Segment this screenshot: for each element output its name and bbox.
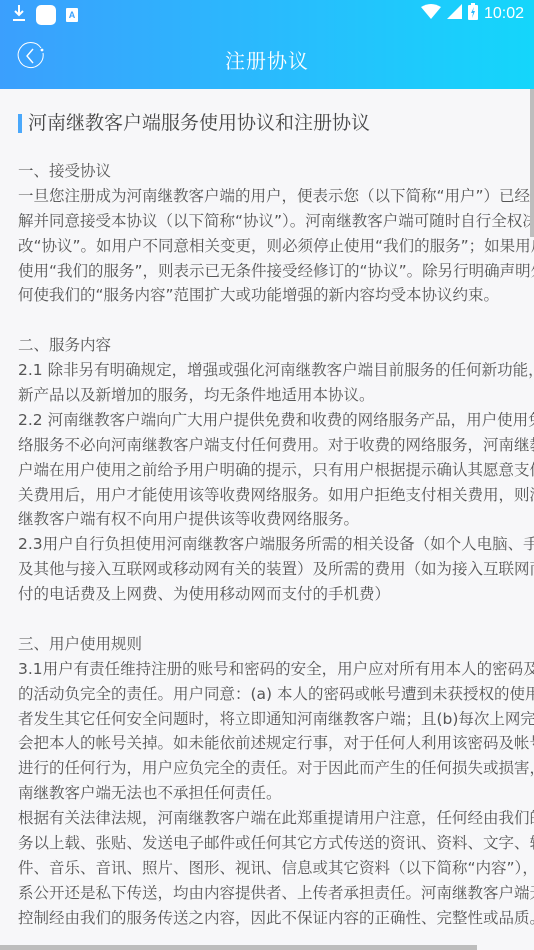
paragraph-line: 进行的任何行为，用户应负完全的责任。对于因此而产生的任何损失或损害，河 — [18, 756, 534, 781]
agreement-content[interactable]: 河南继教客户端服务使用协议和注册协议 一、接受协议 一旦您注册成为河南继教客户端… — [0, 89, 534, 950]
section-heading-service: 二、服务内容 — [18, 333, 534, 358]
paragraph-line: 者发生其它任何安全问题时，将立即通知河南继教客户端；且(b)每次上网完毕后 — [18, 707, 534, 732]
status-bar-left: A — [12, 4, 78, 26]
vertical-scrollbar[interactable] — [530, 89, 534, 237]
agreement-body: 一、接受协议 一旦您注册成为河南继教客户端的用户，便表示您（以下简称“用户”）已… — [18, 159, 534, 931]
paragraph-line: 改“协议”。如用户不同意相关变更，则必须停止使用“我们的服务”；如果用户继续 — [18, 234, 534, 259]
horizontal-scrollbar[interactable] — [0, 945, 477, 950]
status-bar: A 10:02 — [0, 0, 534, 28]
agreement-title: 河南继教客户端服务使用协议和注册协议 — [18, 111, 370, 135]
blank-line — [18, 607, 534, 632]
notification-square-icon — [36, 5, 56, 25]
clock: 10:02 — [484, 5, 524, 23]
paragraph-line: 系公开还是私下传送，均由内容提供者、上传者承担责任。河南继教客户端无法 — [18, 881, 534, 906]
app-header: A 10:02 注册协议 — [0, 0, 534, 89]
paragraph-line: 一旦您注册成为河南继教客户端的用户，便表示您（以下简称“用户”）已经完全了 — [18, 184, 534, 209]
paragraph-line: 解并同意接受本协议（以下简称“协议”）。河南继教客户端可随时自行全权决定修 — [18, 209, 534, 234]
paragraph-line: 何使我们的“服务内容”范围扩大或功能增强的新内容均受本协议约束。 — [18, 283, 534, 308]
paragraph-line: 及其他与接入互联网或移动网有关的装置）及所需的费用（如为接入互联网而支 — [18, 557, 534, 582]
paragraph-line: 南继教客户端无法也不承担任何责任。 — [18, 781, 534, 806]
paragraph-line: 络服务不必向河南继教客户端支付任何费用。对于收费的网络服务，河南继教客 — [18, 433, 534, 458]
app-a-icon: A — [66, 8, 78, 22]
paragraph-line: 的活动负完全的责任。用户同意：(a) 本人的密码或帐号遭到未获授权的使用，或 — [18, 682, 534, 707]
paragraph-line: 2.3用户自行负担使用河南继教客户端服务所需的相关设备（如个人电脑、手机以 — [18, 532, 534, 557]
paragraph-line: 新产品以及新增加的服务，均无条件地适用本协议。 — [18, 383, 534, 408]
paragraph-line: 2.1 除非另有明确规定，增强或强化河南继教客户端目前服务的任何新功能，包括 — [18, 358, 534, 383]
paragraph-line: 3.1用户有责任维持注册的账号和密码的安全，用户应对所有用本人的密码及帐号 — [18, 657, 534, 682]
paragraph-line: 2.2 河南继教客户端向广大用户提供免费和收费的网络服务产品，用户使用免费网 — [18, 408, 534, 433]
battery-charging-icon — [468, 3, 478, 25]
paragraph-line: 继教客户端有权不向用户提供该等收费网络服务。 — [18, 507, 534, 532]
section-heading-rules: 三、用户使用规则 — [18, 632, 534, 657]
paragraph-line: 件、音乐、音讯、照片、图形、视讯、信息或其它资料（以下简称“内容”），无论 — [18, 856, 534, 881]
paragraph-line: 关费用后，用户才能使用该等收费网络服务。如用户拒绝支付相关费用，则河南 — [18, 483, 534, 508]
paragraph-line: 使用“我们的服务”，则表示已无条件接受经修订的“协议”。除另行明确声明外，任 — [18, 259, 534, 284]
paragraph-line: 根据有关法律法规，河南继教客户端在此郑重提请用户注意，任何经由我们的服 — [18, 806, 534, 831]
paragraph-line: 户端在用户使用之前给予用户明确的提示，只有用户根据提示确认其愿意支付相 — [18, 458, 534, 483]
navigation-bar: 注册协议 — [0, 28, 534, 89]
blank-line — [18, 308, 534, 333]
paragraph-line: 会把本人的帐号关掉。如未能依前述规定行事，对于任何人利用该密码及帐号所 — [18, 731, 534, 756]
cell-signal-icon — [447, 4, 462, 24]
paragraph-line: 付的电话费及上网费、为使用移动网而支付的手机费） — [18, 582, 534, 607]
page-title: 注册协议 — [0, 45, 534, 74]
download-icon — [12, 4, 26, 26]
status-bar-right: 10:02 — [421, 3, 524, 25]
wifi-icon — [421, 4, 441, 25]
paragraph-line: 控制经由我们的服务传送之内容，因此不保证内容的正确性、完整性或品质。 — [18, 906, 534, 931]
section-heading-accept: 一、接受协议 — [18, 159, 534, 184]
paragraph-line: 务以上载、张贴、发送电子邮件或任何其它方式传送的资讯、资料、文字、软 — [18, 831, 534, 856]
